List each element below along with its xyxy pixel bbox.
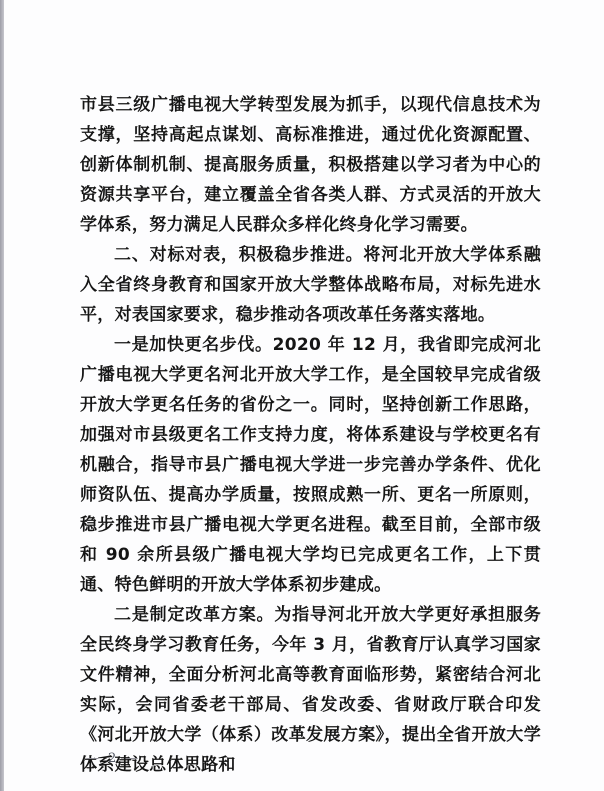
- page-number-footer: —2—: [86, 750, 139, 768]
- point-lead: 二是制定改革方案。: [114, 605, 274, 625]
- scanned-document-page: 市县三级广播电视大学转型发展为抓手，以现代信息技术为支撑，坚持高起点谋划、高标准…: [0, 0, 604, 791]
- paragraph-point-2: 二是制定改革方案。为指导河北开放大学更好承担服务全民终身学习教育任务，今年 3 …: [80, 600, 541, 780]
- footer-dash-left: —: [86, 751, 100, 766]
- point-lead: 一是加快更名步伐。: [114, 335, 273, 355]
- document-body: 市县三级广播电视大学转型发展为抓手，以现代信息技术为支撑，坚持高起点谋划、高标准…: [80, 90, 541, 780]
- paragraph-section-2: 二、对标对表，积极稳步推进。将河北开放大学体系融入全省终身教育和国家开放大学整体…: [80, 240, 541, 330]
- page-number: 2: [100, 751, 125, 766]
- footer-dash-right: —: [125, 751, 139, 766]
- section-heading: 二、对标对表，积极稳步推进。: [114, 245, 363, 265]
- paragraph-text: 为指导河北开放大学更好承担服务全民终身学习教育任务，今年 3 月，省教育厅认真学…: [80, 605, 541, 775]
- paragraph-text: 2020 年 12 月，我省即完成河北广播电视大学更名河北开放大学工作，是全国较…: [80, 335, 541, 595]
- paragraph-point-1: 一是加快更名步伐。2020 年 12 月，我省即完成河北广播电视大学更名河北开放…: [80, 330, 541, 600]
- paragraph-continuation: 市县三级广播电视大学转型发展为抓手，以现代信息技术为支撑，坚持高起点谋划、高标准…: [80, 90, 541, 240]
- paragraph-text: 市县三级广播电视大学转型发展为抓手，以现代信息技术为支撑，坚持高起点谋划、高标准…: [80, 95, 541, 235]
- scan-edge-artifact: [0, 0, 4, 791]
